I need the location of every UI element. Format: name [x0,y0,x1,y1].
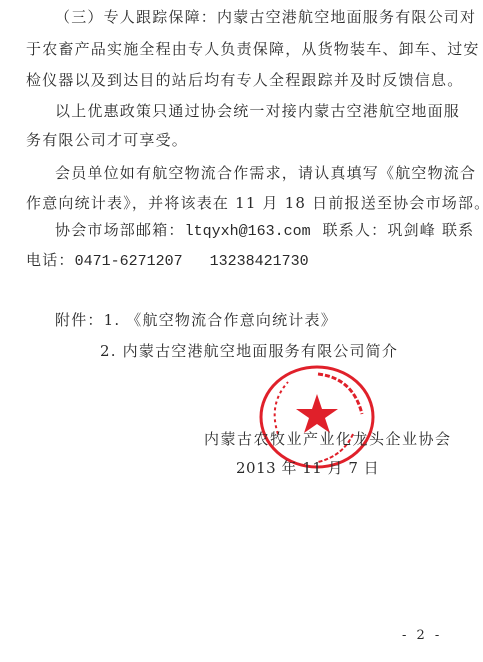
contact-label: 联系人：巩剑峰 联系 [323,221,475,239]
paragraph-line: 检仪器以及到达目的站后均有专人全程跟踪并及时反馈信息。 [26,71,463,89]
paragraph-line: 于农畜产品实施全程由专人负责保障，从货物装车、卸车、过安 [26,40,480,58]
attachment-item: 2. 内蒙古空港航空地面服务有限公司简介 [100,342,398,360]
phone-numbers: 0471-6271207 13238421730 [75,253,309,270]
contact-phone-line: 电话：0471-6271207 13238421730 [26,251,309,271]
page-number: - 2 - [402,628,442,643]
attachments-label: 附件： [55,311,104,329]
paragraph-line: （三）专人跟踪保障：内蒙古空港航空地面服务有限公司对 [55,8,476,26]
paragraph-line: 务有限公司才可享受。 [26,131,188,149]
official-seal-icon [258,364,376,470]
attachment-item: 1. 《航空物流合作意向统计表》 [104,311,337,329]
attachments-line-1: 附件：1. 《航空物流合作意向统计表》 [55,311,337,329]
signature-date: 2013 年 11 月 7 日 [236,459,379,477]
paragraph-line: 会员单位如有航空物流合作需求，请认真填写《航空物流合 [55,164,476,182]
paragraph-line: 以上优惠政策只通过协会统一对接内蒙古空港航空地面服 [55,102,460,120]
email-address: ltqyxh@163.com [185,223,311,240]
paragraph-line: 作意向统计表》，并将该表在 11 月 18 日前报送至协会市场部。 [26,194,483,212]
email-label: 协会市场部邮箱： [55,221,185,239]
contact-email-line: 协会市场部邮箱：ltqyxh@163.com 联系人：巩剑峰 联系 [55,221,474,241]
phone-label: 电话： [26,251,75,269]
signature-organization: 内蒙古农牧业产业化龙头企业协会 [204,430,452,448]
